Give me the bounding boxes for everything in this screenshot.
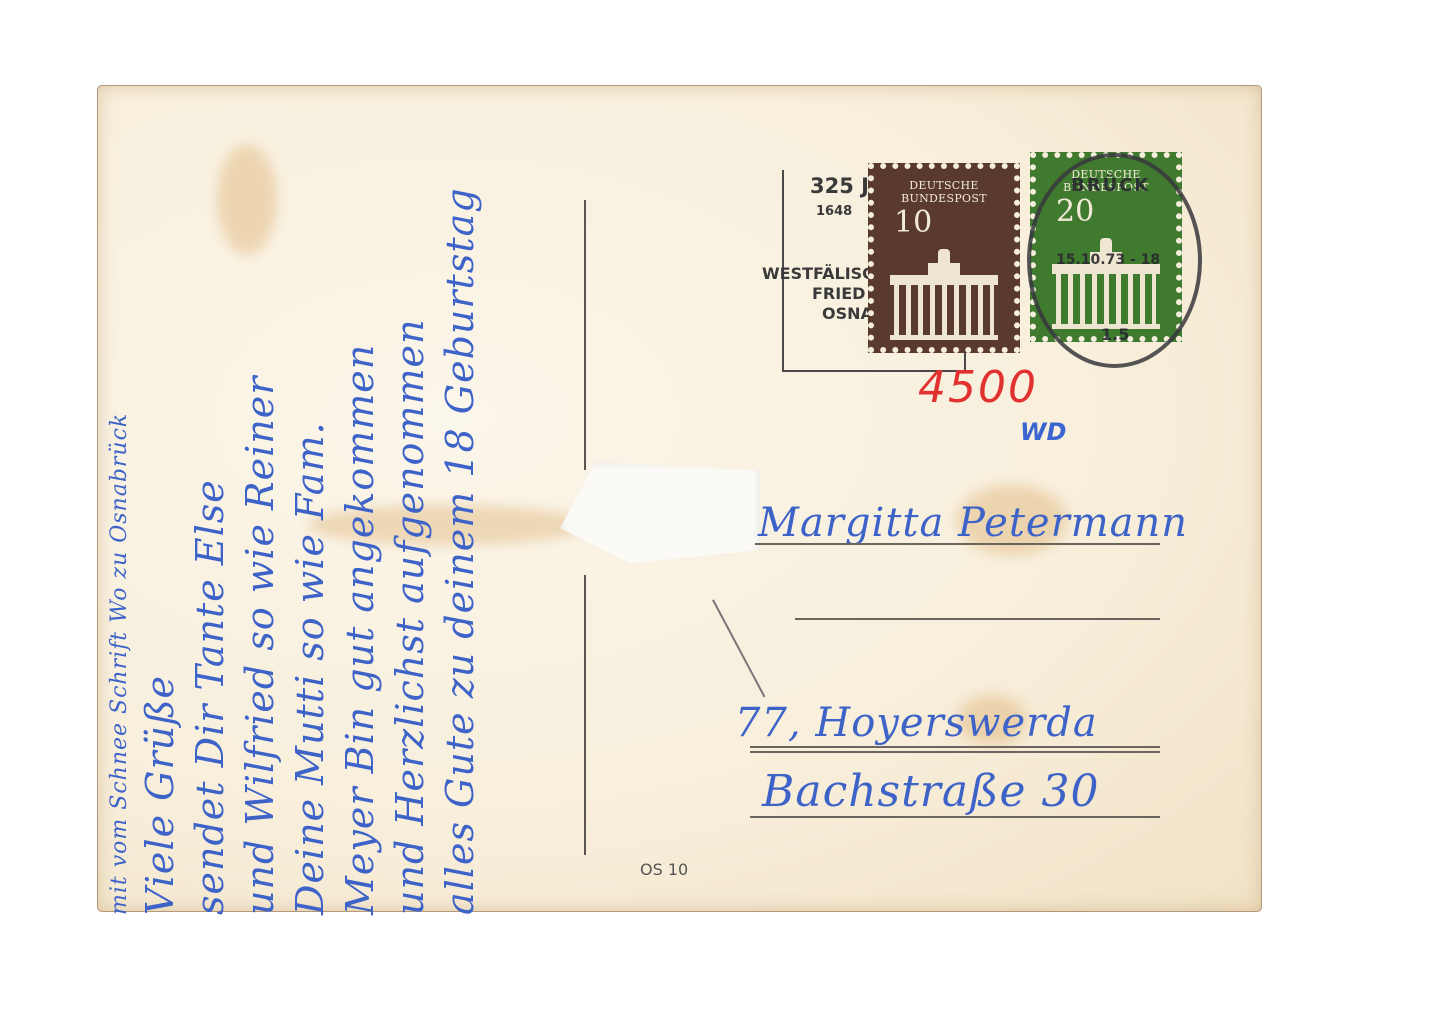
brandenburg-gate-icon (890, 255, 998, 345)
postmark-number: 1.5 (1101, 325, 1129, 344)
recipient-city: 77, Hoyerswerda (735, 700, 1098, 746)
cancel-year: 1648 (816, 204, 852, 219)
address-line (750, 751, 1160, 753)
address-line (750, 746, 1160, 748)
message-line: alles Gute zu deinem 18 Geburtstag (435, 105, 485, 915)
stamp-country: DEUTSCHE BUNDESPOST (880, 179, 1008, 205)
message-line: sendet Dir Tante Else (185, 105, 235, 915)
postmark: BRÜCK 15.10.73 - 18 1.5 (1027, 153, 1202, 368)
stamp-10: DEUTSCHE BUNDESPOST 10 (868, 163, 1020, 353)
message-line: Deine Mutti so wie Fam. (285, 105, 335, 915)
stamp-value: 10 (894, 205, 932, 240)
blue-initials: WD (1020, 418, 1066, 446)
red-annotation: 4500 (918, 362, 1038, 413)
message-line: und Herzlichst aufgenommen (385, 105, 435, 915)
address-line (750, 816, 1160, 818)
recipient-name: Margitta Petermann (758, 500, 1188, 546)
recipient-street: Bachstraße 30 (762, 766, 1099, 817)
message-header: mit vom Schnee Schrift Wo zu Osnabrück (105, 105, 135, 915)
address-line (755, 543, 1160, 545)
message-line: Meyer Bin gut angekommen (335, 105, 385, 915)
message-line: und Wilfried so wie Reiner (235, 105, 285, 915)
address-line (795, 618, 1160, 620)
cancel-text: FRIED (812, 284, 865, 303)
postmark-date: 15.10.73 - 18 (1056, 252, 1160, 268)
message-line: Viele Grüße (135, 105, 185, 915)
print-code: OS 10 (640, 860, 688, 879)
postmark-city: BRÜCK (1071, 175, 1150, 196)
